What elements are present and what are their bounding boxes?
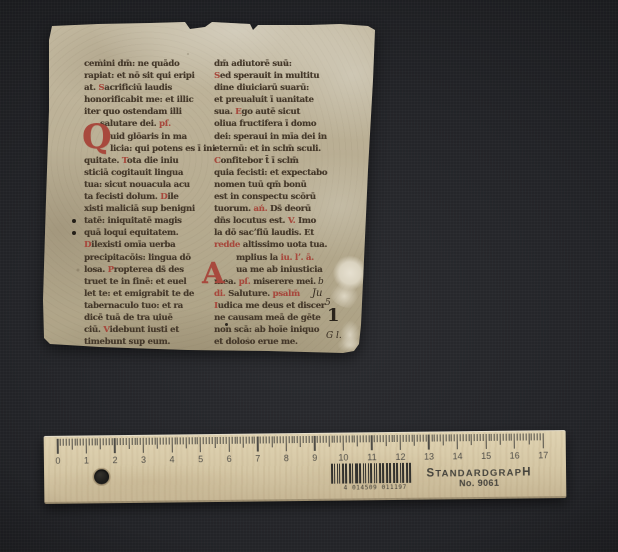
ruler-tick bbox=[123, 438, 124, 445]
manuscript-line: eternū: et in sclm̄ sculi. bbox=[214, 143, 346, 155]
ruler-tick bbox=[448, 434, 449, 441]
ruler-tick bbox=[443, 434, 444, 445]
ruler-tick bbox=[154, 438, 155, 445]
ruler-tick bbox=[411, 435, 412, 442]
manuscript-line: nomen tuū qm̄ bonū bbox=[214, 179, 346, 191]
ruler-tick bbox=[468, 434, 469, 441]
barcode-bar bbox=[339, 464, 340, 484]
ruler-tick bbox=[266, 436, 267, 443]
ruler-tick bbox=[371, 435, 373, 450]
ruler-tick bbox=[171, 438, 173, 453]
ruler-tick bbox=[460, 434, 461, 441]
text-segment: quā loqui equitatem. bbox=[84, 228, 178, 238]
text-segment: dei: speraui in mīa dei in bbox=[214, 132, 327, 142]
ruler-tick bbox=[334, 436, 335, 443]
manuscript-line: rapiat: et nō sit qui eripi bbox=[84, 70, 210, 82]
text-segment: non scā: ab hoīe iniquo bbox=[214, 325, 319, 335]
ruler-tick bbox=[451, 434, 452, 441]
ruler-number: 7 bbox=[255, 454, 260, 464]
text-segment: dm̄ adiutorē suū: bbox=[214, 59, 292, 69]
ruler-tick bbox=[326, 436, 327, 443]
ruler-tick bbox=[89, 438, 90, 445]
ruler-tick bbox=[303, 436, 304, 443]
text-segment: et preualuit ī uanitate bbox=[214, 95, 314, 105]
ruler-number: 10 bbox=[338, 453, 348, 463]
text-segment: truet te in finē: et euel bbox=[84, 277, 186, 287]
ruler-tick bbox=[300, 436, 301, 447]
manuscript-line: dicē tuā de tra uiuē bbox=[84, 312, 210, 324]
ruler-tick bbox=[111, 438, 112, 445]
manuscript-line: truet te in finē: et euel bbox=[84, 276, 210, 288]
ruler-tick bbox=[354, 435, 355, 442]
ruler-tick bbox=[328, 436, 329, 447]
ruler-tick bbox=[311, 436, 312, 443]
ruler-tick bbox=[240, 437, 241, 444]
rubric-segment: ań. bbox=[253, 204, 270, 214]
text-segment: rapiat: et nō sit qui eripi bbox=[84, 71, 194, 81]
ruler-tick bbox=[454, 434, 455, 441]
ruler-tick bbox=[246, 437, 247, 444]
wooden-ruler: 01234567891011121314151617 4 014509 0111… bbox=[44, 430, 567, 504]
ruler-tick bbox=[483, 434, 484, 441]
ruler-tick bbox=[423, 435, 424, 442]
rubric-segment: psalm̄ bbox=[273, 289, 300, 299]
text-segment: tatē: iniquitatē magis bbox=[84, 216, 182, 226]
rubric-segment: redde bbox=[214, 240, 243, 250]
ruler-tick bbox=[174, 437, 175, 444]
text-segment: precipitacōis: lingua dō bbox=[84, 253, 191, 263]
text-segment: tuorum. bbox=[214, 204, 253, 214]
ruler-tick bbox=[403, 435, 404, 442]
ruler-tick bbox=[357, 435, 358, 446]
manuscript-line: et preualuit ī uanitate bbox=[214, 94, 346, 106]
marginal-annotation: Ju bbox=[312, 289, 322, 299]
manuscript-line: oliua fructifera ī domo bbox=[214, 118, 346, 130]
text-segment: dine diuiciarū suarū: bbox=[214, 83, 309, 93]
text-segment: onfitebor t̄ ī sclm̄ bbox=[221, 156, 299, 166]
text-column-left: cemini dm̄: ne quādorapiat: et nō sit qu… bbox=[84, 58, 210, 348]
text-segment: eternū: et in sclm̄ sculi. bbox=[214, 144, 321, 154]
ruler-tick bbox=[100, 438, 101, 449]
ruler-tick bbox=[317, 436, 318, 443]
manuscript-line: ta fecisti dolum. Dile bbox=[84, 191, 210, 203]
ruler-tick bbox=[77, 439, 78, 446]
ruler-tick bbox=[542, 433, 544, 448]
ruler-tick bbox=[200, 437, 202, 452]
text-segment: acrificiū laudis bbox=[104, 83, 172, 93]
ruler-tick bbox=[234, 437, 235, 444]
ruler-tick bbox=[291, 436, 292, 443]
ruler-tick bbox=[140, 438, 141, 445]
ruler-tick bbox=[457, 434, 459, 449]
ruler-tick bbox=[69, 439, 70, 446]
ink-speck bbox=[225, 323, 228, 326]
ruler-tick bbox=[180, 437, 181, 444]
ruler-tick bbox=[188, 437, 189, 444]
manuscript-line: tabernaculo tuo: et ra bbox=[84, 300, 210, 312]
ruler-tick bbox=[260, 436, 261, 443]
text-segment: la dō sacʼfiū laudis. Et bbox=[214, 228, 314, 238]
ruler-tick bbox=[531, 433, 532, 440]
ruler-tick bbox=[83, 439, 84, 446]
ruler-model: No. 9061 bbox=[389, 477, 569, 489]
ruler-tick bbox=[257, 437, 259, 452]
ruler-tick bbox=[497, 434, 498, 441]
ruler-tick bbox=[91, 438, 92, 445]
ruler-tick bbox=[440, 434, 441, 441]
manuscript-line: precipitacōis: lingua dō bbox=[84, 252, 210, 264]
ruler-tick bbox=[377, 435, 378, 442]
ruler-tick bbox=[109, 438, 110, 445]
ruler-tick bbox=[385, 435, 386, 446]
manuscript-line: sticiā cogitauit lingua bbox=[84, 167, 210, 179]
marginal-annotation: 1 bbox=[327, 307, 340, 325]
ruler-tick bbox=[169, 438, 170, 445]
ruler-tick bbox=[163, 438, 164, 445]
barcode-bar bbox=[345, 464, 347, 484]
ruler-tick bbox=[368, 435, 369, 442]
photo-backdrop: cemini dm̄: ne quādorapiat: et nō sit qu… bbox=[0, 0, 618, 552]
ruler-tick bbox=[126, 438, 127, 445]
text-segment: mplius la bbox=[236, 253, 281, 263]
rubric-segment: di. bbox=[214, 289, 228, 299]
ruler-tick bbox=[274, 436, 275, 443]
barcode-bar bbox=[365, 463, 366, 483]
barcode-bar bbox=[376, 463, 377, 483]
ruler-tick bbox=[414, 435, 415, 446]
text-segment: tabernaculo tuo: et ra bbox=[84, 301, 183, 311]
ruler-tick bbox=[388, 435, 389, 442]
ruler-tick bbox=[323, 436, 324, 443]
rubric-segment: pſ. bbox=[239, 277, 254, 287]
ruler-tick bbox=[157, 438, 158, 449]
barcode-bar bbox=[334, 464, 335, 484]
ruler-tick bbox=[394, 435, 395, 442]
manuscript-line: at. Sacrificiū laudis bbox=[84, 82, 210, 94]
barcode-bar bbox=[349, 463, 351, 483]
ruler-tick bbox=[120, 438, 121, 445]
text-segment: oliua fructifera ī domo bbox=[214, 119, 316, 129]
text-segment: timebunt sup eum. bbox=[84, 337, 170, 347]
ruler-tick bbox=[405, 435, 406, 442]
text-segment: uid glōaris in ma bbox=[110, 132, 187, 142]
ruler-tick bbox=[106, 438, 107, 445]
text-segment: est in conspectu scōrū bbox=[214, 192, 316, 202]
text-segment: ua me ab iniusticia bbox=[236, 265, 322, 275]
ruler-tick bbox=[348, 435, 349, 442]
ruler-tick bbox=[503, 434, 504, 441]
rubric-segment: V. bbox=[288, 216, 298, 226]
ruler-number: 9 bbox=[312, 453, 317, 463]
manuscript-line: Confitebor t̄ ī sclm̄ bbox=[214, 155, 346, 167]
ruler-tick bbox=[380, 435, 381, 442]
ruler-tick bbox=[477, 434, 478, 441]
ruler-tick bbox=[214, 437, 215, 448]
text-segment: idebunt iusti et bbox=[109, 325, 178, 335]
text-segment: ropterea ds̄ des bbox=[114, 265, 184, 275]
ruler-tick bbox=[514, 434, 516, 449]
barcode-bar bbox=[379, 463, 381, 483]
manuscript-line: la dō sacʼfiū laudis. Et bbox=[214, 227, 346, 239]
ruler-tick bbox=[197, 437, 198, 444]
ruler-tick bbox=[60, 439, 61, 446]
ruler-tick bbox=[337, 436, 338, 443]
text-segment: honorificabit me: et illic bbox=[84, 95, 193, 105]
ruler-tick bbox=[228, 437, 230, 452]
ruler-tick bbox=[520, 434, 521, 441]
manuscript-line: mplius la iu. lʼ. ā. bbox=[214, 252, 346, 264]
ruler-hole bbox=[94, 469, 109, 484]
ruler-tick bbox=[237, 437, 238, 444]
ruler-number: 17 bbox=[538, 450, 548, 460]
ruler-tick bbox=[408, 435, 409, 442]
manuscript-line: est in conspectu scōrū bbox=[214, 191, 346, 203]
ruler-number: 13 bbox=[424, 452, 434, 462]
ruler-tick bbox=[74, 439, 75, 446]
ruler-tick bbox=[268, 436, 269, 443]
manuscript-line: cemini dm̄: ne quādo bbox=[84, 58, 210, 70]
ruler-tick bbox=[160, 438, 161, 445]
ruler-tick bbox=[63, 439, 64, 446]
barcode-bar bbox=[359, 463, 361, 483]
barcode-bar bbox=[386, 463, 388, 483]
ruler-tick bbox=[71, 439, 72, 450]
ruler-tick bbox=[465, 434, 466, 441]
ruler-tick bbox=[360, 435, 361, 442]
text-segment: dicē tuā de tra uiuē bbox=[84, 313, 173, 323]
text-segment: iter quo ostendam illi bbox=[84, 107, 182, 117]
ruler-tick bbox=[166, 438, 167, 445]
ruler-tick bbox=[86, 438, 88, 453]
ruler-number: 2 bbox=[112, 455, 117, 465]
text-segment: nomen tuū qm̄ bonū bbox=[214, 180, 306, 190]
ruler-tick bbox=[280, 436, 281, 443]
text-segment: quia fecisti: et expectabo bbox=[214, 168, 327, 178]
text-segment: let te: et emigrabit te de bbox=[84, 289, 194, 299]
ruler-tick bbox=[331, 436, 332, 443]
ruler-number: 14 bbox=[453, 451, 463, 461]
ruler-tick bbox=[314, 436, 316, 451]
ruler-tick bbox=[517, 434, 518, 441]
ruler-number: 16 bbox=[510, 451, 520, 461]
illuminated-initial-q: Q bbox=[82, 120, 112, 154]
ruler-number: 12 bbox=[395, 452, 405, 462]
ruler-tick bbox=[66, 439, 67, 446]
ruler-tick bbox=[428, 435, 430, 450]
ruler-tick bbox=[137, 438, 138, 445]
text-segment: ne causam meā de gēte bbox=[214, 313, 320, 323]
ruler-tick bbox=[194, 437, 195, 444]
ruler-tick bbox=[186, 437, 187, 448]
ruler-tick bbox=[177, 437, 178, 444]
ruler-tick bbox=[374, 435, 375, 442]
ruler-number: 3 bbox=[141, 455, 146, 465]
ruler-scale bbox=[44, 431, 566, 437]
ruler-tick bbox=[103, 438, 104, 445]
ruler-tick bbox=[217, 437, 218, 444]
ruler-tick bbox=[226, 437, 227, 444]
text-segment: at. bbox=[84, 83, 98, 93]
text-segment: altissimo uota tua. bbox=[243, 240, 327, 250]
barcode-bar bbox=[342, 464, 344, 484]
ruler-tick bbox=[508, 434, 509, 441]
ruler-tick bbox=[277, 436, 278, 443]
text-segment: Saluture. bbox=[228, 289, 272, 299]
manuscript-line: quia fecisti: et expectabo bbox=[214, 167, 346, 179]
ruler-tick bbox=[283, 436, 284, 443]
ruler-tick bbox=[391, 435, 392, 442]
text-segment: quitate. bbox=[84, 156, 122, 166]
ruler-tick bbox=[285, 436, 287, 451]
ruler-tick bbox=[363, 435, 364, 442]
ruler-tick bbox=[528, 433, 529, 444]
barcode-bar bbox=[382, 463, 384, 483]
manuscript-line: honorificabit me: et illic bbox=[84, 94, 210, 106]
ruler-tick bbox=[534, 433, 535, 440]
ruler-tick bbox=[80, 439, 81, 446]
ruler-tick bbox=[243, 437, 244, 448]
ruler-number: 5 bbox=[198, 454, 203, 464]
text-segment: cemini dm̄: ne quādo bbox=[84, 59, 179, 69]
ruler-tick bbox=[420, 435, 421, 442]
ruler-tick bbox=[231, 437, 232, 444]
ruler-tick bbox=[434, 435, 435, 442]
ruler-tick bbox=[271, 436, 272, 447]
ruler-tick bbox=[494, 434, 495, 441]
ruler-tick bbox=[525, 433, 526, 440]
ruler-number: 0 bbox=[55, 456, 60, 466]
ruler-tick bbox=[480, 434, 481, 441]
ruler-tick bbox=[97, 438, 98, 445]
ruler-tick bbox=[445, 434, 446, 441]
ruler-tick bbox=[485, 434, 487, 449]
ruler-tick bbox=[308, 436, 309, 443]
manuscript-line: ua me ab iniusticia bbox=[214, 264, 346, 276]
text-segment: ed sperauit in multitu bbox=[220, 71, 319, 81]
text-segment: ile bbox=[167, 192, 178, 202]
ruler-tick bbox=[471, 434, 472, 445]
ruler-tick bbox=[351, 435, 352, 442]
ruler-number: 1 bbox=[84, 455, 89, 465]
ruler-tick bbox=[191, 437, 192, 444]
ruler-number: 15 bbox=[481, 451, 491, 461]
manuscript-line: xisti maliciā sup benigni bbox=[84, 203, 210, 215]
rubric-segment: iu. lʼ. ā. bbox=[281, 253, 314, 263]
manuscript-line: tua: sicut nouacula acu bbox=[84, 179, 210, 191]
illuminated-initial-a: A bbox=[202, 259, 225, 288]
ruler-tick bbox=[131, 438, 132, 445]
ruler-tick bbox=[463, 434, 464, 441]
text-segment: licia: qui potens es ī ini bbox=[110, 144, 215, 154]
ruler-tick bbox=[511, 434, 512, 441]
ruler-tick bbox=[431, 435, 432, 442]
ruler-tick bbox=[294, 436, 295, 443]
ruler-tick bbox=[151, 438, 152, 445]
ruler-tick bbox=[94, 438, 95, 445]
ruler-body: 01234567891011121314151617 4 014509 0111… bbox=[44, 430, 567, 504]
rubric-segment: pſ. bbox=[159, 119, 171, 129]
manuscript-line: let te: et emigrabit te de bbox=[84, 288, 210, 300]
ruler-tick bbox=[206, 437, 207, 444]
text-segment: ilexisti omīa uerba bbox=[91, 240, 175, 250]
manuscript-leaf: cemini dm̄: ne quādorapiat: et nō sit qu… bbox=[38, 20, 380, 358]
ruler-tick bbox=[114, 438, 116, 453]
ruler-number: 6 bbox=[227, 454, 232, 464]
manuscript-line: quā loqui equitatem. bbox=[84, 227, 210, 239]
ruler-tick bbox=[537, 433, 538, 440]
ruler-number: 11 bbox=[367, 452, 376, 462]
ruler-tick bbox=[306, 436, 307, 443]
pricking-dot bbox=[72, 231, 76, 235]
ruler-tick bbox=[320, 436, 321, 443]
ruler-tick bbox=[400, 435, 402, 450]
ruler-tick bbox=[57, 439, 59, 454]
ruler-tick bbox=[129, 438, 130, 449]
text-segment: xisti maliciā sup benigni bbox=[84, 204, 195, 214]
ruler-number: 4 bbox=[170, 454, 175, 464]
marginal-annotation: b bbox=[318, 278, 324, 287]
manuscript-line: dm̄ adiutorē suū: bbox=[214, 58, 346, 70]
text-segment: Ds̄ deorū bbox=[270, 204, 311, 214]
text-segment: ciū. bbox=[84, 325, 103, 335]
ruler-tick bbox=[263, 436, 264, 443]
ruler-tick bbox=[437, 434, 438, 441]
ruler-tick bbox=[211, 437, 212, 444]
manuscript-line: ciū. Videbunt iusti et bbox=[84, 324, 210, 336]
ruler-tick bbox=[383, 435, 384, 442]
text-segment: tua: sicut nouacula acu bbox=[84, 180, 190, 190]
pricking-dot bbox=[72, 219, 76, 223]
ruler-tick bbox=[183, 437, 184, 444]
ruler-tick bbox=[397, 435, 398, 442]
barcode-bar bbox=[331, 464, 333, 484]
ruler-tick bbox=[117, 438, 118, 445]
ruler-tick bbox=[500, 434, 501, 445]
ruler-tick bbox=[220, 437, 221, 444]
ruler-tick bbox=[143, 438, 145, 453]
ruler-tick bbox=[340, 436, 341, 443]
ruler-tick bbox=[522, 434, 523, 441]
manuscript-line: Sed sperauit in multitu bbox=[214, 70, 346, 82]
ruler-tick bbox=[345, 436, 346, 443]
text-segment: et doloso erue me. bbox=[214, 337, 298, 347]
ruler-tick bbox=[540, 433, 541, 440]
ruler-tick bbox=[251, 437, 252, 444]
barcode-bar bbox=[352, 463, 353, 483]
ruler-tick bbox=[488, 434, 489, 441]
ruler-tick bbox=[491, 434, 492, 441]
text-segment: losa. bbox=[84, 265, 108, 275]
marginal-annotation: G l. bbox=[326, 332, 342, 341]
text-segment: udica me deus et discer bbox=[218, 301, 325, 311]
text-segment: sua. bbox=[214, 107, 235, 117]
ruler-tick bbox=[254, 437, 255, 444]
ruler-tick bbox=[505, 434, 506, 441]
manuscript-line: sua. Ego autē sicut bbox=[214, 106, 346, 118]
ruler-tick bbox=[223, 437, 224, 444]
manuscript-line: redde altissimo uota tua. bbox=[214, 239, 346, 251]
ruler-tick bbox=[134, 438, 135, 445]
ruler-tick bbox=[425, 435, 426, 442]
ruler-tick bbox=[417, 435, 418, 442]
manuscript-line: tuorum. ań. Ds̄ deorū bbox=[214, 203, 346, 215]
parchment: cemini dm̄: ne quādorapiat: et nō sit qu… bbox=[38, 20, 380, 358]
text-segment: dn̄s locutus est. bbox=[214, 216, 288, 226]
barcode-bar bbox=[355, 463, 358, 483]
manuscript-line: Dilexisti omīa uerba bbox=[84, 239, 210, 251]
manuscript-line: dn̄s locutus est. V. Imo bbox=[214, 215, 346, 227]
manuscript-line: tatē: iniquitatē magis bbox=[84, 215, 210, 227]
